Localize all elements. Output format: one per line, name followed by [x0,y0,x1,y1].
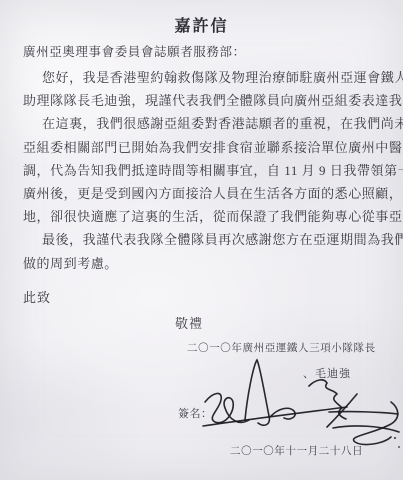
letter-body: 您好，我是香港聖約翰救傷隊及物理治療師駐廣州亞運會鐵人三項賽場醫療 助理隊隊長毛… [23,66,385,275]
body-line: 助理隊隊長毛迪強，現謹代表我們全體隊員向廣州亞組委表達我們的感謝之情。 [23,89,385,112]
body-line: 在這裏，我們很感謝亞組委對香港誌願者的重視，在我們尚未到達廣州時， [23,112,385,135]
signature-scrawl [195,350,403,450]
body-line: 調，代為告知我們抵達時間等相關事宜，自 11 月 9 日我帶領第一批誌願者抵達 [23,159,385,182]
body-line: 廣州後，更是受到國內方面接洽人員在生活各方面的悉心照顧，這讓我們初到貴 [23,182,385,205]
letter-title: 嘉許信 [0,13,403,36]
letter-date: 二〇一〇年十一月二十八日 [230,443,363,458]
closing-jingli: 敬禮 [175,313,203,332]
recipient-line: 廣州亞奧理事會委員會誌願者服務部： [23,42,246,60]
body-line: 亞組委相關部門已開始為我們安排食宿並聯系接洽單位廣州中醫藥大學，從中協 [23,136,385,159]
body-line: 做的周到考慮。 [23,252,385,275]
body-line: 地，卻很快適應了這裏的生活，從而保證了我們能夠專心從事亞運誌願工作。 [23,205,385,228]
body-line: 最後，我謹代表我隊全體隊員再次感謝您方在亞運期間為我們香港誌願者所 [23,228,385,251]
body-line: 您好，我是香港聖約翰救傷隊及物理治療師駐廣州亞運會鐵人三項賽場醫療 [23,66,385,89]
closing-cizhi: 此致 [23,287,51,306]
letter-page: 嘉許信 廣州亞奧理事會委員會誌願者服務部： 您好，我是香港聖約翰救傷隊及物理治療… [0,0,403,480]
